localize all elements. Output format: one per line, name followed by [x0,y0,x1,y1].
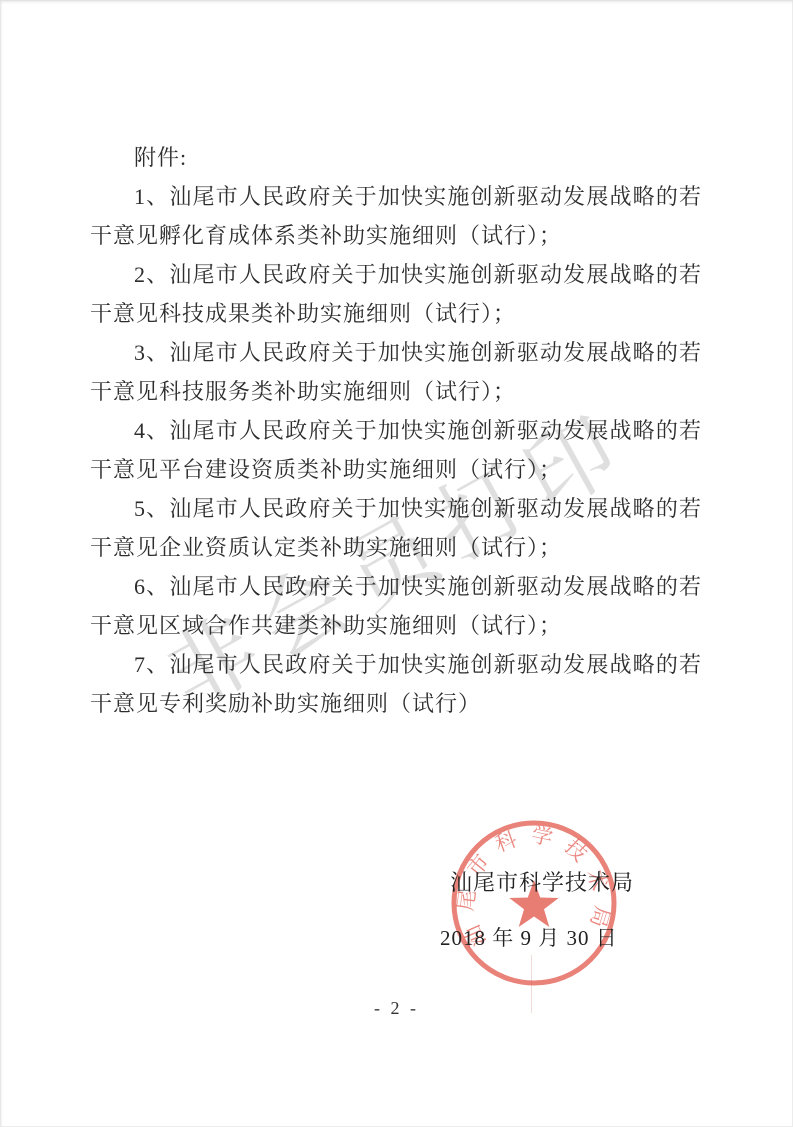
scan-edge-left [0,0,3,1127]
attachment-item-2: 2、汕尾市人民政府关于加快实施创新驱动发展战略的若干意见科技成果类补助实施细则（… [90,255,702,333]
document-page: 非会员打印 附件: 1、汕尾市人民政府关于加快实施创新驱动发展战略的若干意见孵化… [0,0,793,1127]
attachment-item-3: 3、汕尾市人民政府关于加快实施创新驱动发展战略的若干意见科技服务类补助实施细则（… [90,333,702,411]
issuing-authority: 汕尾市科学技术局 [450,866,634,897]
official-seal: 汕尾市科学技术局 [444,813,624,993]
document-date: 2018 年 9 月 30 日 [440,922,618,952]
page-number: - 2 - [0,998,793,1019]
attachment-item-6: 6、汕尾市人民政府关于加快实施创新驱动发展战略的若干意见区域合作共建类补助实施细… [90,567,702,645]
attachment-item-4: 4、汕尾市人民政府关于加快实施创新驱动发展战略的若干意见平台建设资质类补助实施细… [90,411,702,489]
attachment-list: 附件: 1、汕尾市人民政府关于加快实施创新驱动发展战略的若干意见孵化育成体系类补… [90,138,702,723]
attachment-label: 附件: [90,138,702,177]
attachment-item-1: 1、汕尾市人民政府关于加快实施创新驱动发展战略的若干意见孵化育成体系类补助实施细… [90,177,702,255]
attachment-item-5: 5、汕尾市人民政府关于加快实施创新驱动发展战略的若干意见企业资质认定类补助实施细… [90,489,702,567]
attachment-item-7: 7、汕尾市人民政府关于加快实施创新驱动发展战略的若干意见专利奖励补助实施细则（试… [90,645,702,723]
scan-edge-top [0,0,793,4]
